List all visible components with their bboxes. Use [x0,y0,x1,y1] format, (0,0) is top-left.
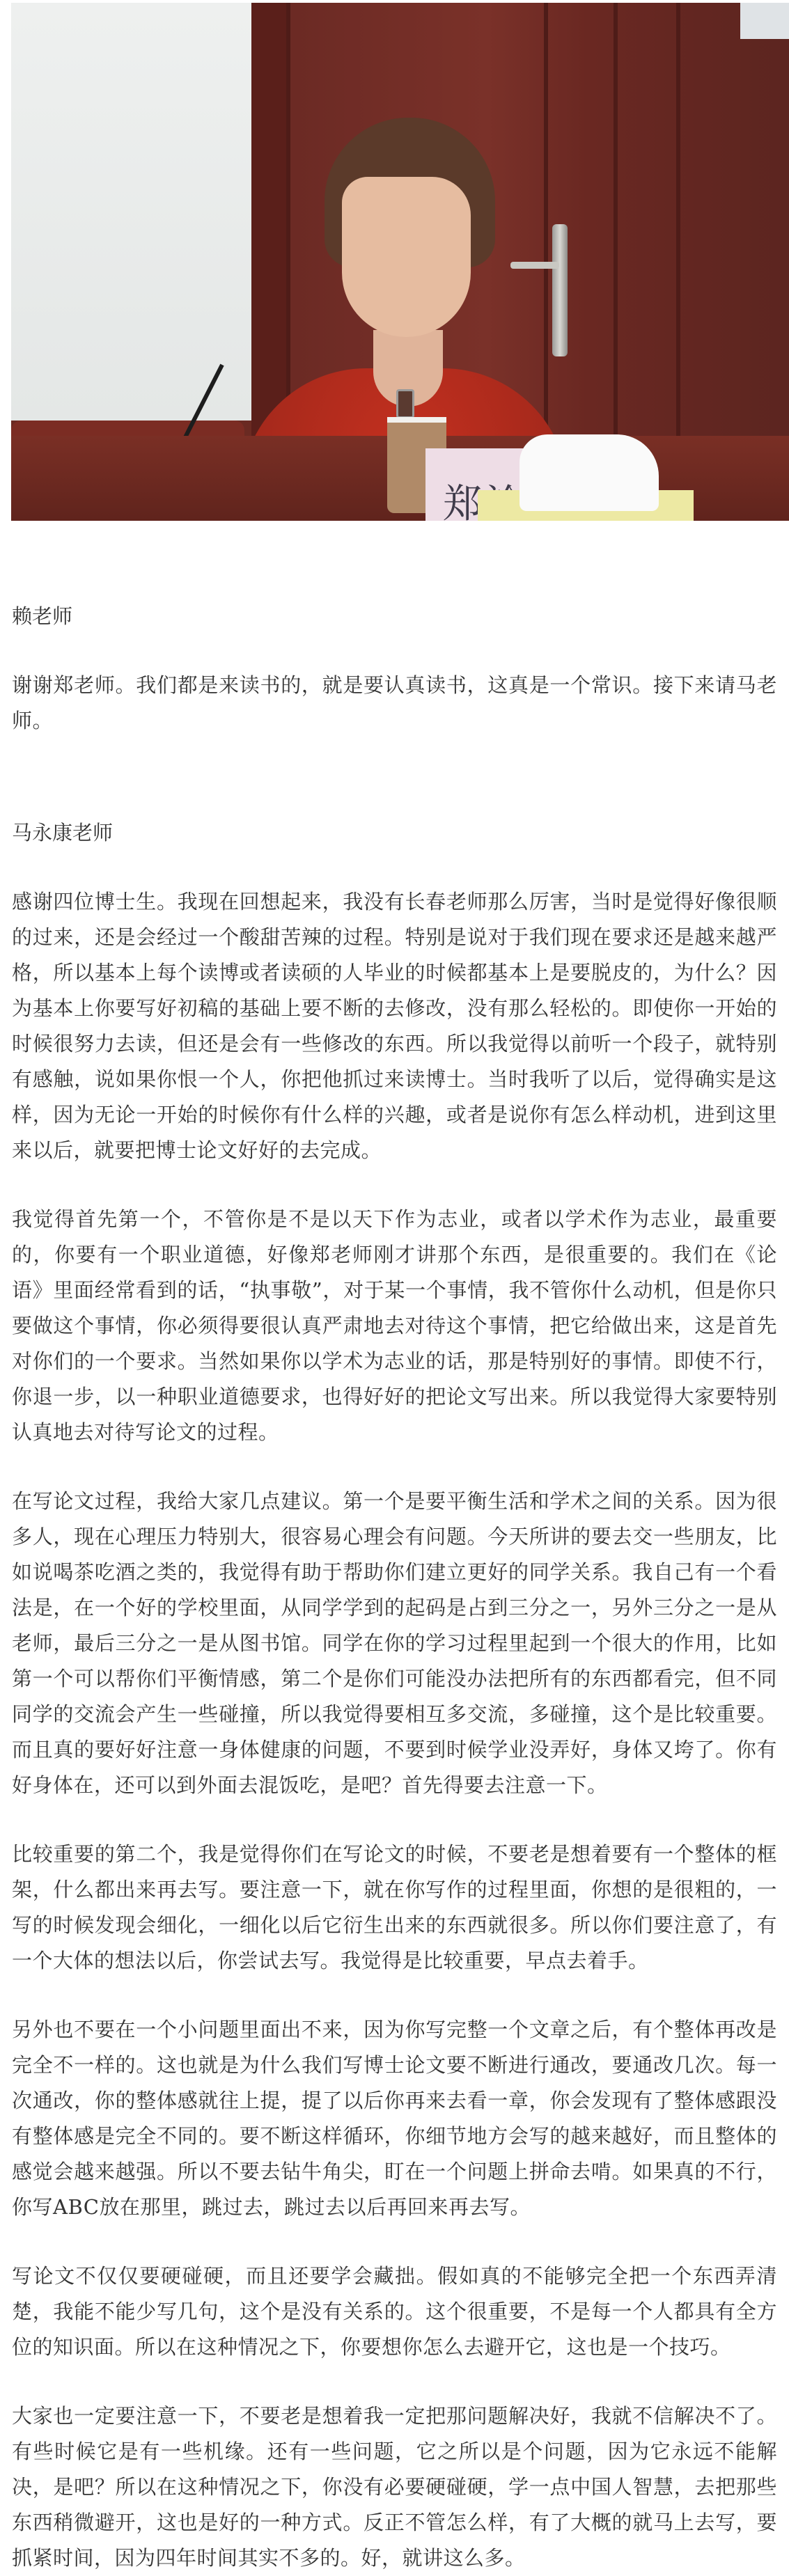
photo-wall [11,3,251,421]
paragraph: 比较重要的第二个，我是觉得你们在写论文的时候，不要老是想着要有一个整体的框架，什… [12,1837,777,1979]
speaker-photo: 郑沧 [11,3,789,521]
paragraph: 大家也一定要注意一下，不要老是想着我一定把那问题解决好，我就不信解决不了。有些时… [12,2398,777,2576]
paragraph: 另外也不要在一个小问题里面出不来，因为你写完整一个文章之后，有个整体再改是完全不… [12,2012,777,2225]
paragraph: 我觉得首先第一个，不管你是不是以天下作为志业，或者以学术作为志业，最重要的，你要… [12,1202,777,1450]
paragraph: 谢谢郑老师。我们都是来读书的，就是要认真读书，这真是一个常识。接下来请马老师。 [12,668,777,739]
article-page: 郑沧 赖老师 谢谢郑老师。我们都是来读书的，就是要认真读书，这真是一个常识。接下… [0,3,789,2576]
photo-watch [396,389,414,418]
photo-speaker-face [342,177,471,337]
door-handle-plate [552,224,568,356]
speaker-name-lai: 赖老师 [12,599,777,634]
door-handle [510,262,559,269]
paragraph: 感谢四位博士生。我现在回想起来，我没有长春老师那么厉害，当时是觉得好像很顺的过来… [12,884,777,1168]
speaker-name-ma: 马永康老师 [12,815,777,851]
article-content: 赖老师 谢谢郑老师。我们都是来读书的，就是要认真读书，这真是一个常识。接下来请马… [0,599,789,2576]
photo-window [740,3,789,39]
paragraph: 在写论文过程，我给大家几点建议。第一个是要平衡生活和学术之间的关系。因为很多人，… [12,1484,777,1803]
photo-door-frame [251,3,286,448]
photo-tissue [520,434,659,511]
paragraph: 写论文不仅仅要硬碰硬，而且还要学会藏拙。假如真的不能够完全把一个东西弄清楚，我能… [12,2259,777,2365]
